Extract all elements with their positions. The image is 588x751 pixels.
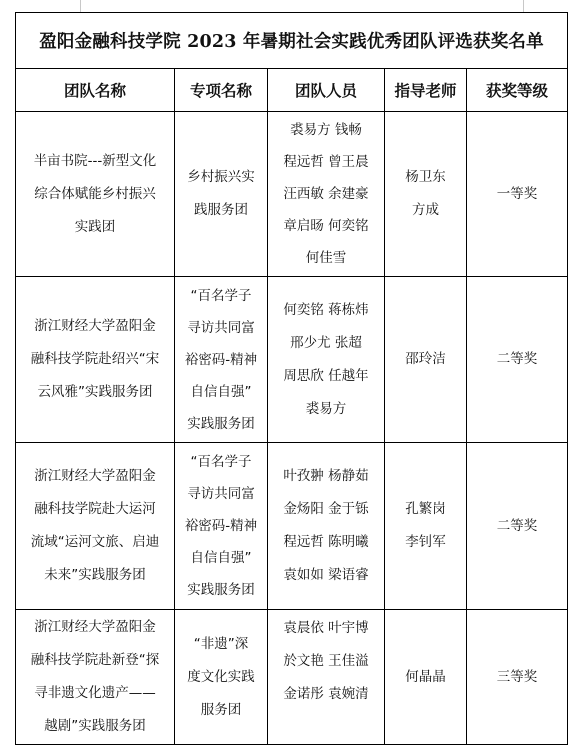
award-level-cell: 三等奖 <box>467 610 568 745</box>
column-header-award: 获奖等级 <box>467 69 568 112</box>
award-list-table: 盈阳金融科技学院 2023 年暑期社会实践优秀团队评选获奖名单 团队名称 专项名… <box>15 12 568 745</box>
members-line: 何奕铭 蒋栋炜 <box>272 294 380 327</box>
project-line: 服务团 <box>179 694 263 727</box>
team-name-line: 融科技学院赴绍兴“宋 <box>20 343 170 376</box>
project-line: 度文化实践 <box>179 661 263 694</box>
team-name-cell: 浙江财经大学盈阳金 融科技学院赴大运河 流域“运河文旅、启迪 未来”实践服务团 <box>16 443 175 610</box>
table-row: 浙江财经大学盈阳金 融科技学院赴绍兴“宋 云风雅”实践服务团 “百名学子 寻访共… <box>16 277 568 443</box>
advisor-name: 孔繁岗 <box>389 493 462 526</box>
project-line: 寻访共同富 <box>179 478 263 510</box>
members-line: 周思欣 任越年 <box>272 360 380 393</box>
advisor-cell: 孔繁岗 李钊军 <box>385 443 467 610</box>
project-cell: “百名学子 寻访共同富 裕密码-精神 自信自强” 实践服务团 <box>175 443 268 610</box>
team-name-line: 半亩书院---新型文化 <box>20 145 170 178</box>
members-cell: 何奕铭 蒋栋炜 邢少尤 张超 周思欣 任越年 裘易方 <box>268 277 385 443</box>
members-line: 袁晨依 叶宇博 <box>272 612 380 645</box>
column-header-advisor: 指导老师 <box>385 69 467 112</box>
team-name-line: 未来”实践服务团 <box>20 559 170 592</box>
award-level-cell: 二等奖 <box>467 443 568 610</box>
table-row: 浙江财经大学盈阳金 融科技学院赴新登“探 寻非遗文化遗产—— 越剧”实践服务团 … <box>16 610 568 745</box>
project-cell: “非遗”深 度文化实践 服务团 <box>175 610 268 745</box>
project-line: “百名学子 <box>179 446 263 478</box>
team-name-line: 浙江财经大学盈阳金 <box>20 460 170 493</box>
team-name-line: 云风雅”实践服务团 <box>20 376 170 409</box>
members-line: 程远哲 陈明曦 <box>272 526 380 559</box>
project-line: 实践服务团 <box>179 408 263 440</box>
advisor-name: 邵玲洁 <box>389 343 462 376</box>
header-row: 团队名称 专项名称 团队人员 指导老师 获奖等级 <box>16 69 568 112</box>
advisor-cell: 邵玲洁 <box>385 277 467 443</box>
project-line: 裕密码-精神 <box>179 344 263 376</box>
team-name-line: 越剧”实践服务团 <box>20 710 170 743</box>
column-header-members: 团队人员 <box>268 69 385 112</box>
members-line: 汪西敏 余建豪 <box>272 178 380 210</box>
members-cell: 裘易方 钱畅 程远哲 曾王晨 汪西敏 余建豪 章启旸 何奕铭 何佳雪 <box>268 112 385 277</box>
page-margin-guide-right <box>523 0 524 12</box>
table-row: 半亩书院---新型文化 综合体赋能乡村振兴 实践团 乡村振兴实 践服务团 裘易方… <box>16 112 568 277</box>
project-cell: 乡村振兴实 践服务团 <box>175 112 268 277</box>
members-line: 裘易方 <box>272 393 380 426</box>
team-name-line: 浙江财经大学盈阳金 <box>20 310 170 343</box>
column-header-project: 专项名称 <box>175 69 268 112</box>
members-line: 金诺彤 袁婉清 <box>272 678 380 711</box>
team-name-cell: 半亩书院---新型文化 综合体赋能乡村振兴 实践团 <box>16 112 175 277</box>
members-line: 於文艳 王佳溢 <box>272 645 380 678</box>
table-row: 浙江财经大学盈阳金 融科技学院赴大运河 流域“运河文旅、启迪 未来”实践服务团 … <box>16 443 568 610</box>
members-line: 袁如如 梁语睿 <box>272 559 380 592</box>
members-line: 金炀阳 金于铄 <box>272 493 380 526</box>
members-cell: 袁晨依 叶宇博 於文艳 王佳溢 金诺彤 袁婉清 <box>268 610 385 745</box>
project-line: 自信自强” <box>179 376 263 408</box>
members-line: 邢少尤 张超 <box>272 327 380 360</box>
team-name-line: 流域“运河文旅、启迪 <box>20 526 170 559</box>
advisor-cell: 何晶晶 <box>385 610 467 745</box>
project-line: 裕密码-精神 <box>179 510 263 542</box>
advisor-cell: 杨卫东 方成 <box>385 112 467 277</box>
column-header-team-name: 团队名称 <box>16 69 175 112</box>
team-name-line: 融科技学院赴新登“探 <box>20 644 170 677</box>
members-line: 叶孜翀 杨静茹 <box>272 460 380 493</box>
project-cell: “百名学子 寻访共同富 裕密码-精神 自信自强” 实践服务团 <box>175 277 268 443</box>
members-line: 裘易方 钱畅 <box>272 114 380 146</box>
project-line: “百名学子 <box>179 280 263 312</box>
team-name-line: 综合体赋能乡村振兴 <box>20 178 170 211</box>
award-level-cell: 一等奖 <box>467 112 568 277</box>
team-name-line: 融科技学院赴大运河 <box>20 493 170 526</box>
project-line: “非遗”深 <box>179 628 263 661</box>
members-cell: 叶孜翀 杨静茹 金炀阳 金于铄 程远哲 陈明曦 袁如如 梁语睿 <box>268 443 385 610</box>
advisor-name: 杨卫东 <box>389 161 462 194</box>
award-level-cell: 二等奖 <box>467 277 568 443</box>
table-title: 盈阳金融科技学院 2023 年暑期社会实践优秀团队评选获奖名单 <box>16 13 568 69</box>
project-line: 乡村振兴实 <box>179 161 263 194</box>
page-margin-guide-left <box>80 0 81 12</box>
members-line: 程远哲 曾王晨 <box>272 146 380 178</box>
team-name-cell: 浙江财经大学盈阳金 融科技学院赴绍兴“宋 云风雅”实践服务团 <box>16 277 175 443</box>
team-name-line: 实践团 <box>20 211 170 244</box>
project-line: 实践服务团 <box>179 574 263 606</box>
advisor-name: 李钊军 <box>389 526 462 559</box>
members-line: 章启旸 何奕铭 <box>272 210 380 242</box>
advisor-name: 方成 <box>389 194 462 227</box>
team-name-line: 寻非遗文化遗产—— <box>20 677 170 710</box>
advisor-name: 何晶晶 <box>389 661 462 694</box>
team-name-line: 浙江财经大学盈阳金 <box>20 611 170 644</box>
project-line: 践服务团 <box>179 194 263 227</box>
members-line: 何佳雪 <box>272 242 380 274</box>
project-line: 自信自强” <box>179 542 263 574</box>
project-line: 寻访共同富 <box>179 312 263 344</box>
team-name-cell: 浙江财经大学盈阳金 融科技学院赴新登“探 寻非遗文化遗产—— 越剧”实践服务团 <box>16 610 175 745</box>
